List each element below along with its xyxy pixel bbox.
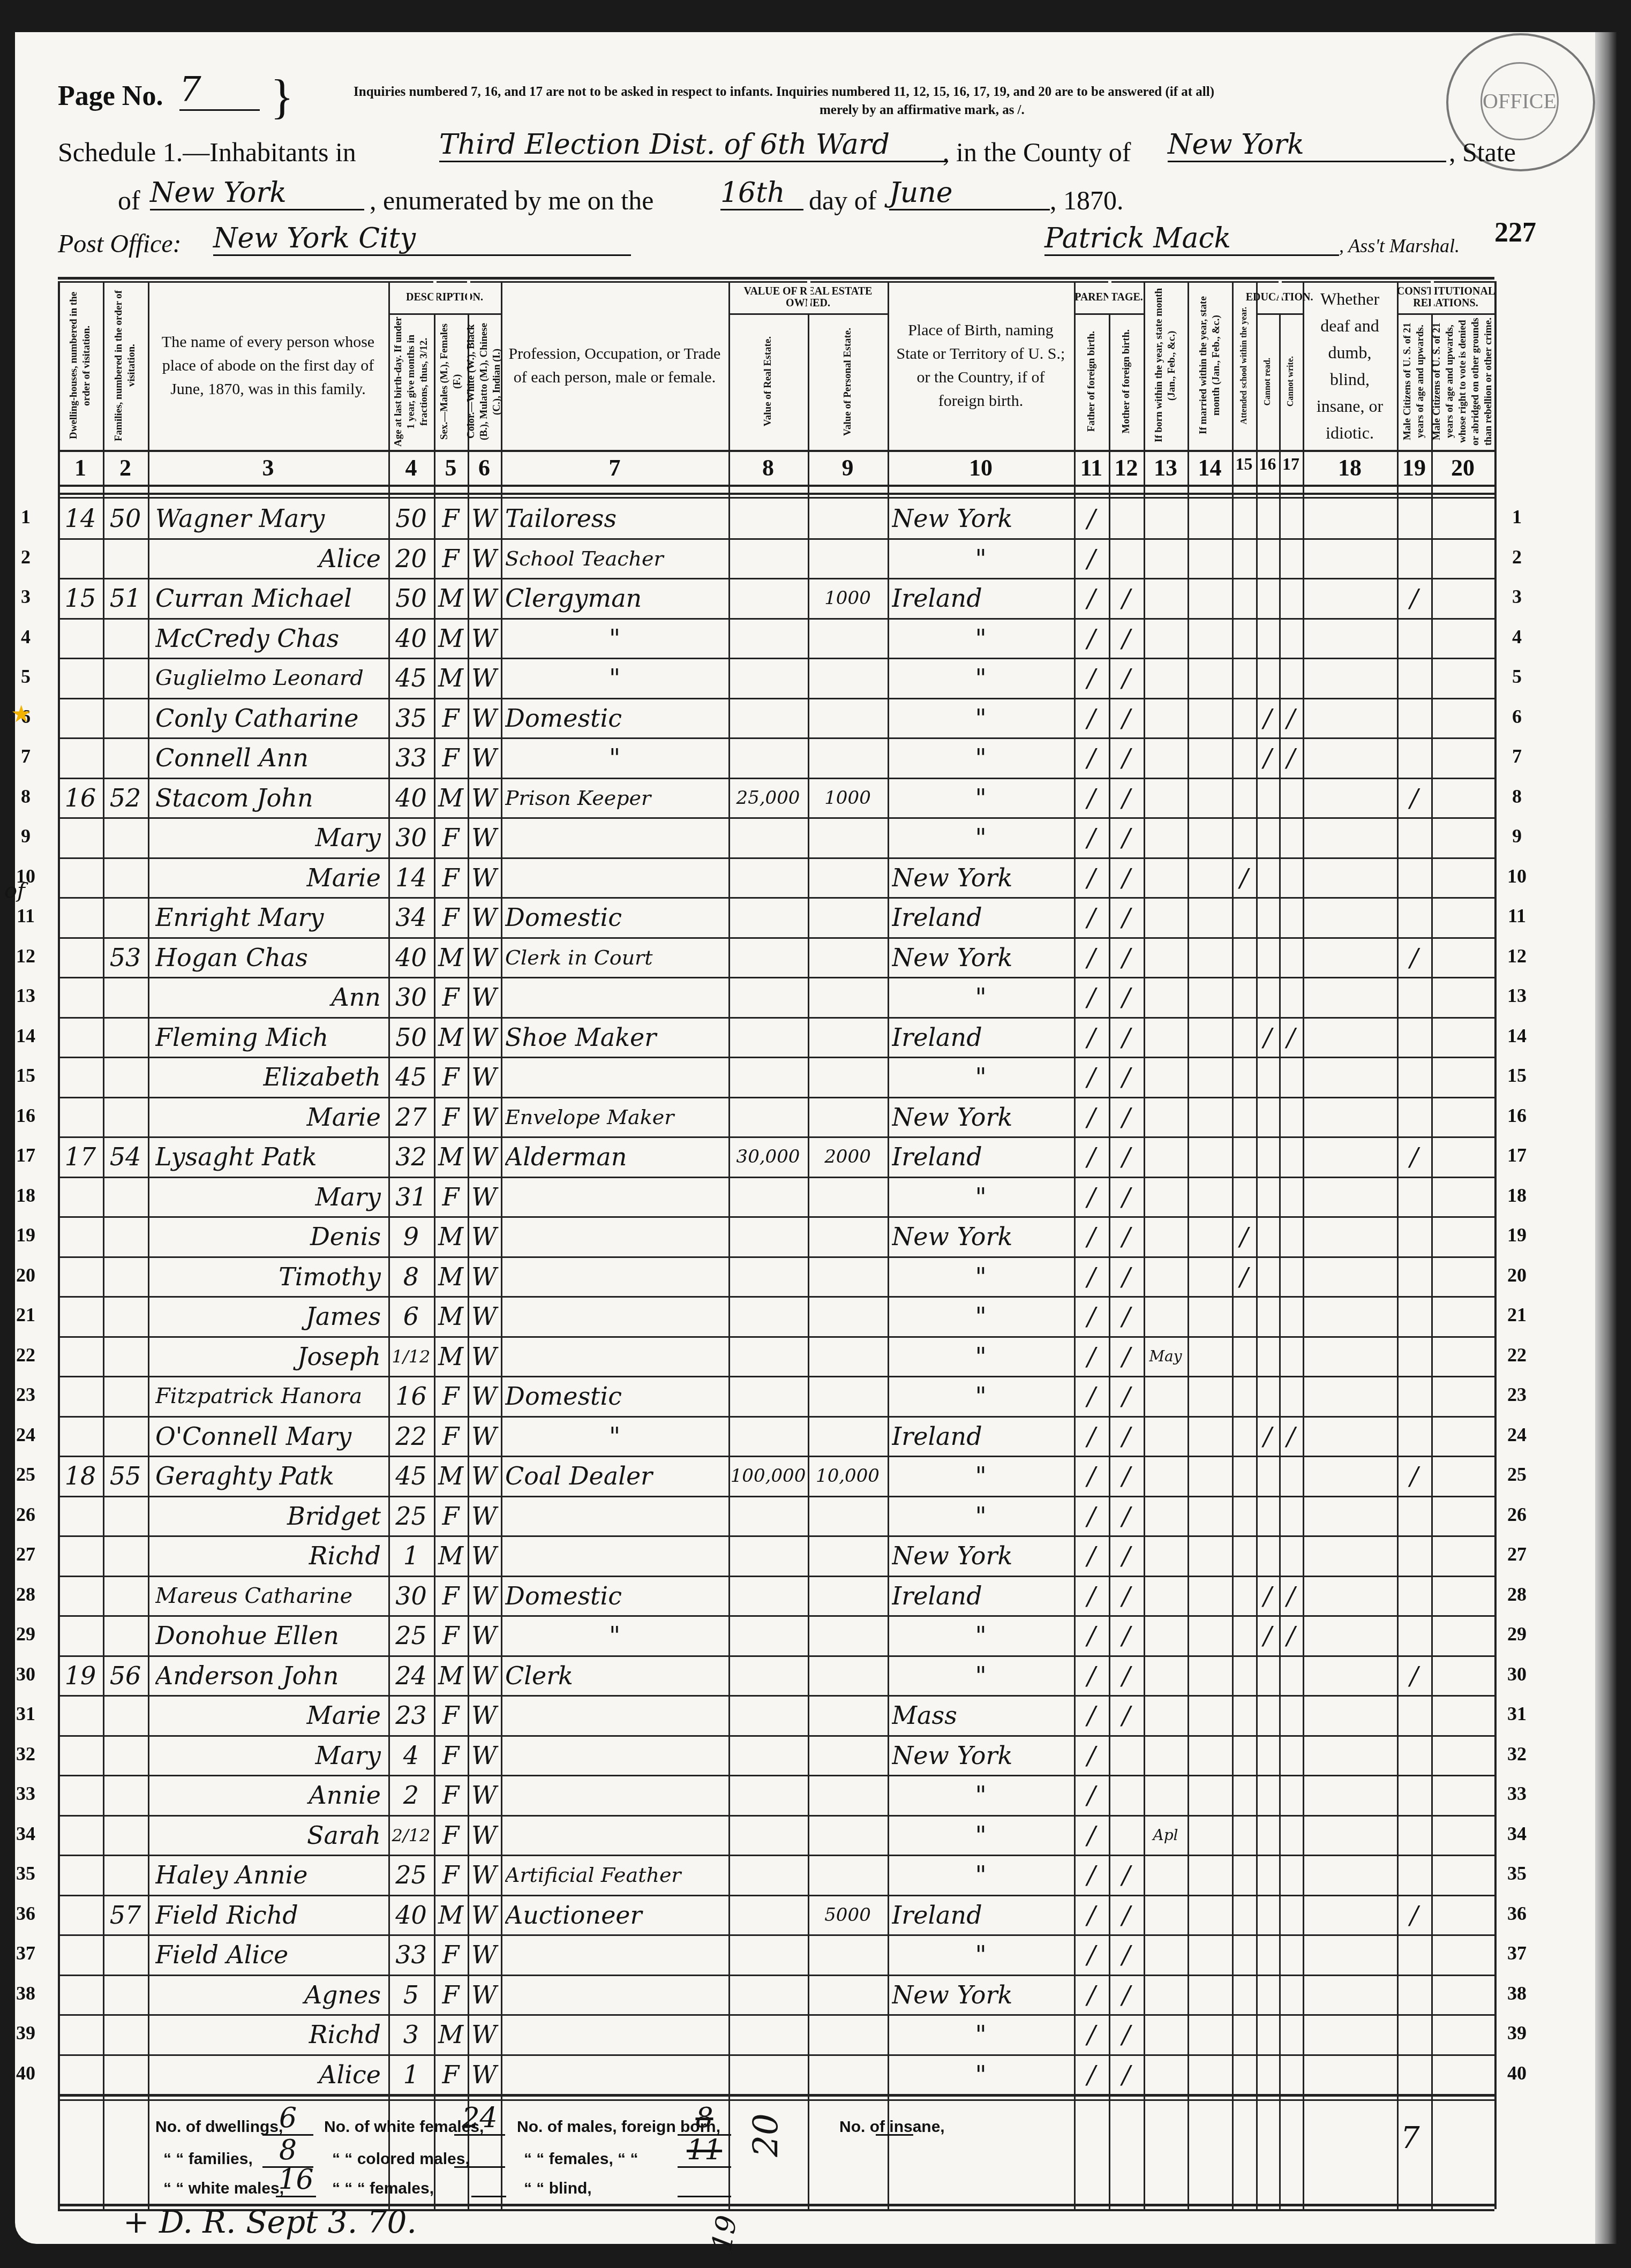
age-cell: 22 bbox=[388, 1420, 434, 1452]
families-label: “ “ families, bbox=[163, 2150, 253, 2168]
name-cell: Joseph bbox=[155, 1340, 381, 1373]
group-rule bbox=[1256, 313, 1303, 315]
father-foreign-cell: / bbox=[1074, 2059, 1109, 2091]
line-number-right: 25 bbox=[1501, 1463, 1533, 1486]
sex-cell: M bbox=[434, 1540, 468, 1572]
line-number-left: 24 bbox=[10, 1423, 42, 1446]
state-field: New York bbox=[150, 177, 364, 210]
birthplace-cell: Ireland bbox=[892, 582, 1070, 614]
column-number: 6 bbox=[468, 454, 501, 481]
instructions-line-2: merely by an affirmative mark, as /. bbox=[820, 103, 1025, 118]
column-number: 12 bbox=[1109, 454, 1144, 481]
occupation-cell: Prison Keeper bbox=[505, 782, 724, 814]
column-header-2: Families, numbered in the order of visit… bbox=[103, 284, 148, 447]
color-cell: W bbox=[468, 1460, 501, 1492]
father-foreign-cell: / bbox=[1074, 981, 1109, 1013]
column-number: 13 bbox=[1144, 454, 1187, 481]
birthplace-cell: " bbox=[892, 542, 1070, 575]
sex-cell: F bbox=[434, 1619, 468, 1652]
line-number-right: 5 bbox=[1501, 665, 1533, 688]
color-cell: W bbox=[468, 542, 501, 575]
name-cell: Donohue Ellen bbox=[155, 1619, 381, 1652]
birthplace-cell: " bbox=[892, 1261, 1070, 1293]
birthplace-cell: New York bbox=[892, 1540, 1070, 1572]
age-cell: 1/12 bbox=[388, 1340, 434, 1373]
group-rule bbox=[1397, 313, 1494, 315]
mother-foreign-cell: / bbox=[1109, 1619, 1144, 1652]
line-number-right: 10 bbox=[1501, 865, 1533, 887]
row-rule bbox=[58, 897, 1494, 899]
column-header-text: Value of Real Estate. bbox=[762, 336, 775, 426]
foreign-males-count: 8 bbox=[678, 2102, 731, 2136]
line-number-left: 5 bbox=[10, 665, 42, 688]
row-rule bbox=[58, 937, 1494, 939]
state-suffix: , State bbox=[1449, 137, 1516, 168]
sex-cell: M bbox=[434, 782, 468, 814]
personal-estate-cell: 1000 bbox=[808, 582, 888, 614]
color-cell: W bbox=[468, 1739, 501, 1772]
star-marker-icon[interactable]: ★ bbox=[11, 700, 32, 728]
column-header-4: Age at last birth-day. If under 1 year, … bbox=[388, 317, 434, 447]
line-number-left: 23 bbox=[10, 1383, 42, 1406]
stamped-page-number: 227 bbox=[1494, 217, 1536, 248]
occupation-cell: Artificial Feather bbox=[505, 1859, 724, 1891]
age-cell: 3 bbox=[388, 2018, 434, 2051]
dwelling-cell: 18 bbox=[58, 1460, 103, 1492]
birthplace-cell: " bbox=[892, 662, 1070, 694]
age-cell: 1 bbox=[388, 1540, 434, 1572]
column-header-3: The name of every person whose place of … bbox=[153, 281, 383, 450]
column-rule bbox=[501, 281, 502, 2209]
occupation-cell: " bbox=[505, 1420, 724, 1452]
name-cell: James bbox=[155, 1300, 381, 1332]
column-header-text: Male Citizens of U. S. of 21 years of ag… bbox=[1401, 317, 1427, 447]
line-number-right: 1 bbox=[1501, 506, 1533, 528]
occupation-cell: Tailoress bbox=[505, 502, 724, 534]
column-number: 11 bbox=[1074, 454, 1109, 481]
sex-cell: M bbox=[434, 1460, 468, 1492]
name-cell: Anderson John bbox=[155, 1660, 381, 1692]
occupation-cell: Coal Dealer bbox=[505, 1460, 724, 1492]
father-foreign-cell: / bbox=[1074, 1300, 1109, 1332]
white-males-count: 16 bbox=[276, 2164, 316, 2197]
row-rule bbox=[58, 1216, 1494, 1218]
line-number-right: 22 bbox=[1501, 1344, 1533, 1366]
cannot-write-cell: / bbox=[1279, 1420, 1303, 1452]
birthplace-cell: Ireland bbox=[892, 1141, 1070, 1173]
post-office-label: Post Office: bbox=[58, 229, 182, 259]
birthplace-cell: " bbox=[892, 622, 1070, 654]
margin-mark: of bbox=[4, 878, 25, 903]
sex-cell: F bbox=[434, 702, 468, 734]
line-number-right: 14 bbox=[1501, 1024, 1533, 1047]
birthplace-cell: " bbox=[892, 1340, 1070, 1373]
name-cell: Alice bbox=[155, 542, 381, 575]
table-rule bbox=[58, 277, 1494, 280]
color-cell: W bbox=[468, 582, 501, 614]
line-number-left: 30 bbox=[10, 1663, 42, 1685]
column-header-text: Attended school within the year. bbox=[1238, 307, 1251, 424]
mother-foreign-cell: / bbox=[1109, 2018, 1144, 2051]
father-foreign-cell: / bbox=[1074, 1340, 1109, 1373]
color-cell: W bbox=[468, 1979, 501, 2011]
age-cell: 20 bbox=[388, 542, 434, 575]
row-rule bbox=[58, 977, 1494, 978]
line-number-left: 3 bbox=[10, 585, 42, 608]
father-foreign-cell: / bbox=[1074, 542, 1109, 575]
father-foreign-cell: / bbox=[1074, 1779, 1109, 1811]
line-number-right: 31 bbox=[1501, 1702, 1533, 1725]
age-cell: 33 bbox=[388, 1939, 434, 1971]
row-rule bbox=[58, 1017, 1494, 1019]
sex-cell: F bbox=[434, 742, 468, 774]
column-number: 18 bbox=[1303, 454, 1397, 481]
sex-cell: F bbox=[434, 901, 468, 933]
line-number-right: 17 bbox=[1501, 1144, 1533, 1166]
white-females-count: 24 bbox=[454, 2102, 505, 2136]
row-rule bbox=[58, 578, 1494, 579]
row-rule bbox=[58, 1057, 1494, 1058]
line-number-right: 7 bbox=[1501, 745, 1533, 767]
age-cell: 25 bbox=[388, 1859, 434, 1891]
father-foreign-cell: / bbox=[1074, 1061, 1109, 1093]
born-month-cell: Apl bbox=[1144, 1819, 1187, 1851]
page-number: 7 bbox=[179, 70, 260, 111]
sex-cell: F bbox=[434, 1500, 468, 1532]
mask bbox=[433, 281, 437, 313]
county-field: New York bbox=[1168, 129, 1446, 162]
line-number-right: 26 bbox=[1501, 1503, 1533, 1526]
row-rule bbox=[58, 1097, 1494, 1098]
age-cell: 33 bbox=[388, 742, 434, 774]
column-header-20: Male Citizens of U. S. of 21 years of ag… bbox=[1431, 317, 1494, 447]
row-rule bbox=[58, 1416, 1494, 1418]
sex-cell: F bbox=[434, 1420, 468, 1452]
father-foreign-cell: / bbox=[1074, 502, 1109, 534]
color-cell: W bbox=[468, 1500, 501, 1532]
name-cell: Marie bbox=[155, 1699, 381, 1731]
family-cell: 50 bbox=[103, 502, 148, 534]
father-foreign-cell: / bbox=[1074, 622, 1109, 654]
father-foreign-cell: / bbox=[1074, 1460, 1109, 1492]
stamp-center: OFFICE bbox=[1480, 62, 1559, 140]
line-number-right: 6 bbox=[1501, 705, 1533, 728]
row-rule bbox=[58, 698, 1494, 699]
district-field: Third Election Dist. of 6th Ward bbox=[439, 129, 948, 162]
column-header-text: Sex.—Males (M.), Females (F.) bbox=[438, 317, 464, 447]
cannot-write-cell: / bbox=[1279, 1021, 1303, 1053]
color-cell: W bbox=[468, 822, 501, 854]
cannot-read-cell: / bbox=[1256, 1619, 1279, 1652]
bottom-number: 19 bbox=[706, 2213, 744, 2254]
father-foreign-cell: / bbox=[1074, 1101, 1109, 1133]
birthplace-cell: " bbox=[892, 981, 1070, 1013]
birthplace-cell: " bbox=[892, 822, 1070, 854]
mother-foreign-cell: / bbox=[1109, 1181, 1144, 1213]
line-number-right: 27 bbox=[1501, 1543, 1533, 1565]
line-number-left: 17 bbox=[10, 1144, 42, 1166]
line-number-right: 18 bbox=[1501, 1184, 1533, 1207]
month-field: June bbox=[889, 177, 1050, 210]
real-estate-cell: 25,000 bbox=[728, 782, 808, 814]
brace: } bbox=[270, 70, 294, 125]
sex-cell: M bbox=[434, 1340, 468, 1373]
father-foreign-cell: / bbox=[1074, 1420, 1109, 1452]
mother-foreign-cell: / bbox=[1109, 941, 1144, 974]
age-cell: 16 bbox=[388, 1380, 434, 1412]
birthplace-cell: " bbox=[892, 1300, 1070, 1332]
birthplace-cell: Ireland bbox=[892, 1420, 1070, 1452]
mother-foreign-cell: / bbox=[1109, 662, 1144, 694]
constitutional-group-header: CONSTITUTIONAL RELATIONS. bbox=[1397, 281, 1494, 313]
line-number-left: 32 bbox=[10, 1743, 42, 1765]
occupation-cell: Envelope Maker bbox=[505, 1101, 724, 1133]
blind-count bbox=[678, 2164, 731, 2197]
occupation-cell: Domestic bbox=[505, 1380, 724, 1412]
line-number-left: 26 bbox=[10, 1503, 42, 1526]
color-cell: W bbox=[468, 1061, 501, 1093]
father-foreign-cell: / bbox=[1074, 1021, 1109, 1053]
name-cell: Field Alice bbox=[155, 1939, 381, 1971]
birthplace-cell: " bbox=[892, 1819, 1070, 1851]
column-rule bbox=[1431, 281, 1433, 2209]
column-header-11: Father of foreign birth. bbox=[1074, 317, 1109, 447]
row-rule bbox=[58, 1256, 1494, 1258]
column-rule bbox=[1187, 281, 1189, 2209]
age-cell: 25 bbox=[388, 1500, 434, 1532]
day-of-label: day of bbox=[809, 185, 876, 216]
mother-foreign-cell: / bbox=[1109, 862, 1144, 894]
row-rule bbox=[58, 1376, 1494, 1377]
column-header-text: Families, numbered in the order of visit… bbox=[112, 284, 138, 447]
sex-cell: M bbox=[434, 2018, 468, 2051]
line-number-right: 20 bbox=[1501, 1264, 1533, 1286]
mother-foreign-cell: / bbox=[1109, 1500, 1144, 1532]
mother-foreign-cell: / bbox=[1109, 2059, 1144, 2091]
father-foreign-cell: / bbox=[1074, 2018, 1109, 2051]
colored-males-count bbox=[454, 2134, 505, 2168]
line-number-left: 14 bbox=[10, 1024, 42, 1047]
birthplace-cell: New York bbox=[892, 1979, 1070, 2011]
column-rule bbox=[1279, 281, 1281, 2209]
sex-cell: M bbox=[434, 1261, 468, 1293]
color-cell: W bbox=[468, 1021, 501, 1053]
line-number-left: 18 bbox=[10, 1184, 42, 1207]
age-cell: 40 bbox=[388, 941, 434, 974]
column-number: 9 bbox=[808, 454, 888, 481]
mother-foreign-cell: / bbox=[1109, 1261, 1144, 1293]
age-cell: 45 bbox=[388, 1460, 434, 1492]
sex-cell: M bbox=[434, 1021, 468, 1053]
dwelling-cell: 17 bbox=[58, 1141, 103, 1173]
name-cell: Elizabeth bbox=[155, 1061, 381, 1093]
age-cell: 2 bbox=[388, 1779, 434, 1811]
column-header-18: Whether deaf and dumb, blind, insane, or… bbox=[1308, 281, 1392, 450]
census-table: DESCRIPTION.VALUE OF REAL ESTATE OWNED.P… bbox=[43, 281, 1522, 2209]
line-number-left: 21 bbox=[10, 1303, 42, 1326]
father-foreign-cell: / bbox=[1074, 1699, 1109, 1731]
age-cell: 40 bbox=[388, 782, 434, 814]
sex-cell: F bbox=[434, 1979, 468, 2011]
mother-foreign-cell: / bbox=[1109, 1979, 1144, 2011]
cannot-read-cell: / bbox=[1256, 742, 1279, 774]
color-cell: W bbox=[468, 1819, 501, 1851]
sex-cell: F bbox=[434, 1380, 468, 1412]
family-cell: 57 bbox=[103, 1899, 148, 1931]
sex-cell: M bbox=[434, 1899, 468, 1931]
column-header-8: Value of Real Estate. bbox=[728, 317, 808, 447]
column-header-text: If married within the year, state month … bbox=[1197, 284, 1223, 447]
families-count: 8 bbox=[262, 2134, 313, 2168]
column-number: 20 bbox=[1431, 454, 1494, 481]
line-number-left: 27 bbox=[10, 1543, 42, 1565]
mother-foreign-cell: / bbox=[1109, 1460, 1144, 1492]
mother-foreign-cell: / bbox=[1109, 582, 1144, 614]
day-field: 16th bbox=[720, 177, 803, 210]
county-label: , in the County of bbox=[943, 137, 1131, 168]
line-number-right: 33 bbox=[1501, 1782, 1533, 1805]
birthplace-cell: Ireland bbox=[892, 1580, 1070, 1612]
column-header-6: Color.—White (W.), Black (B.), Mulatto (… bbox=[468, 317, 501, 447]
name-cell: Enright Mary bbox=[155, 901, 381, 933]
color-cell: W bbox=[468, 862, 501, 894]
age-cell: 35 bbox=[388, 702, 434, 734]
column-header-text: Value of Personal Estate. bbox=[841, 328, 854, 436]
father-foreign-cell: / bbox=[1074, 1739, 1109, 1772]
birthplace-cell: " bbox=[892, 782, 1070, 814]
mother-foreign-cell: / bbox=[1109, 1660, 1144, 1692]
line-number-right: 37 bbox=[1501, 1942, 1533, 1964]
row-rule bbox=[58, 1177, 1494, 1178]
colored-females-label: “ “ “ females, bbox=[332, 2180, 434, 2198]
color-cell: W bbox=[468, 1540, 501, 1572]
mother-foreign-cell: / bbox=[1109, 702, 1144, 734]
margin-total: 20 bbox=[747, 2113, 786, 2157]
age-cell: 34 bbox=[388, 901, 434, 933]
age-cell: 1 bbox=[388, 2059, 434, 2091]
color-cell: W bbox=[468, 1899, 501, 1931]
name-cell: Guglielmo Leonard bbox=[155, 662, 381, 694]
name-cell: Mary bbox=[155, 1739, 381, 1772]
line-number-right: 30 bbox=[1501, 1663, 1533, 1685]
sex-cell: M bbox=[434, 582, 468, 614]
line-number-right: 16 bbox=[1501, 1104, 1533, 1127]
column-number: 7 bbox=[501, 454, 728, 481]
sex-cell: M bbox=[434, 662, 468, 694]
post-office-field: New York City bbox=[213, 222, 631, 256]
cannot-read-cell: / bbox=[1256, 1021, 1279, 1053]
color-cell: W bbox=[468, 1660, 501, 1692]
line-number-left: 11 bbox=[10, 905, 42, 927]
father-foreign-cell: / bbox=[1074, 1261, 1109, 1293]
column-header-14: If married within the year, state month … bbox=[1187, 284, 1232, 447]
column-number: 16 bbox=[1256, 454, 1279, 474]
mother-foreign-cell: / bbox=[1109, 1540, 1144, 1572]
line-number-left: 8 bbox=[10, 785, 42, 808]
column-rule bbox=[888, 281, 889, 2209]
name-cell: Marie bbox=[155, 1101, 381, 1133]
color-cell: W bbox=[468, 1101, 501, 1133]
cannot-read-cell: / bbox=[1256, 1580, 1279, 1612]
line-number-left: 34 bbox=[10, 1822, 42, 1845]
color-cell: W bbox=[468, 941, 501, 974]
row-rule bbox=[58, 618, 1494, 620]
citizen-cell: / bbox=[1397, 1899, 1431, 1931]
cannot-write-cell: / bbox=[1279, 702, 1303, 734]
color-cell: W bbox=[468, 1619, 501, 1652]
column-header-text: Cannot write. bbox=[1284, 356, 1297, 406]
personal-estate-cell: 2000 bbox=[808, 1141, 888, 1173]
father-foreign-cell: / bbox=[1074, 941, 1109, 974]
father-foreign-cell: / bbox=[1074, 1619, 1109, 1652]
column-header-1: Dwelling-houses, numbered in the order o… bbox=[58, 284, 103, 447]
column-header-text: If born within the year, state month (Ja… bbox=[1153, 284, 1178, 447]
column-rule bbox=[728, 281, 730, 2209]
column-rule bbox=[1303, 281, 1304, 2209]
column-number: 10 bbox=[888, 454, 1074, 481]
cannot-write-cell: / bbox=[1279, 1619, 1303, 1652]
cannot-write-cell: / bbox=[1279, 742, 1303, 774]
group-rule bbox=[388, 313, 501, 315]
age-cell: 30 bbox=[388, 981, 434, 1013]
birthplace-cell: " bbox=[892, 1859, 1070, 1891]
color-cell: W bbox=[468, 1380, 501, 1412]
column-header-17: Cannot write. bbox=[1279, 317, 1303, 447]
sex-cell: M bbox=[434, 1300, 468, 1332]
mother-foreign-cell: / bbox=[1109, 1420, 1144, 1452]
mother-foreign-cell: / bbox=[1109, 622, 1144, 654]
citizen-cell: / bbox=[1397, 1460, 1431, 1492]
line-number-left: 28 bbox=[10, 1583, 42, 1606]
family-cell: 54 bbox=[103, 1141, 148, 1173]
mother-foreign-cell: / bbox=[1109, 1220, 1144, 1253]
name-cell: Stacom John bbox=[155, 782, 381, 814]
age-cell: 25 bbox=[388, 1619, 434, 1652]
color-cell: W bbox=[468, 1261, 501, 1293]
row-rule bbox=[58, 1775, 1494, 1776]
column-rule bbox=[58, 281, 60, 2209]
birthplace-cell: New York bbox=[892, 862, 1070, 894]
marshal-label: , Ass't Marshal. bbox=[1339, 235, 1460, 257]
father-foreign-cell: / bbox=[1074, 1380, 1109, 1412]
birthplace-cell: " bbox=[892, 1500, 1070, 1532]
color-cell: W bbox=[468, 502, 501, 534]
row-rule bbox=[58, 1535, 1494, 1537]
father-foreign-cell: / bbox=[1074, 782, 1109, 814]
birthplace-cell: " bbox=[892, 2018, 1070, 2051]
age-cell: 24 bbox=[388, 1660, 434, 1692]
citizen-cell: / bbox=[1397, 582, 1431, 614]
color-cell: W bbox=[468, 1220, 501, 1253]
mother-foreign-cell: / bbox=[1109, 822, 1144, 854]
column-header-16: Cannot read. bbox=[1256, 317, 1279, 447]
mask bbox=[467, 281, 470, 313]
name-cell: Geraghty Patk bbox=[155, 1460, 381, 1492]
mother-foreign-cell: / bbox=[1109, 1580, 1144, 1612]
mother-foreign-cell: / bbox=[1109, 1101, 1144, 1133]
name-cell: Connell Ann bbox=[155, 742, 381, 774]
father-foreign-cell: / bbox=[1074, 1859, 1109, 1891]
line-number-right: 13 bbox=[1501, 984, 1533, 1007]
column-rule bbox=[1144, 281, 1145, 2209]
birthplace-cell: " bbox=[892, 1460, 1070, 1492]
column-header-19: Male Citizens of U. S. of 21 years of ag… bbox=[1397, 317, 1431, 447]
line-number-right: 40 bbox=[1501, 2062, 1533, 2084]
column-header-15: Attended school within the year. bbox=[1232, 284, 1256, 447]
color-cell: W bbox=[468, 742, 501, 774]
page-label: Page No. bbox=[58, 80, 163, 112]
sex-cell: F bbox=[434, 1939, 468, 1971]
